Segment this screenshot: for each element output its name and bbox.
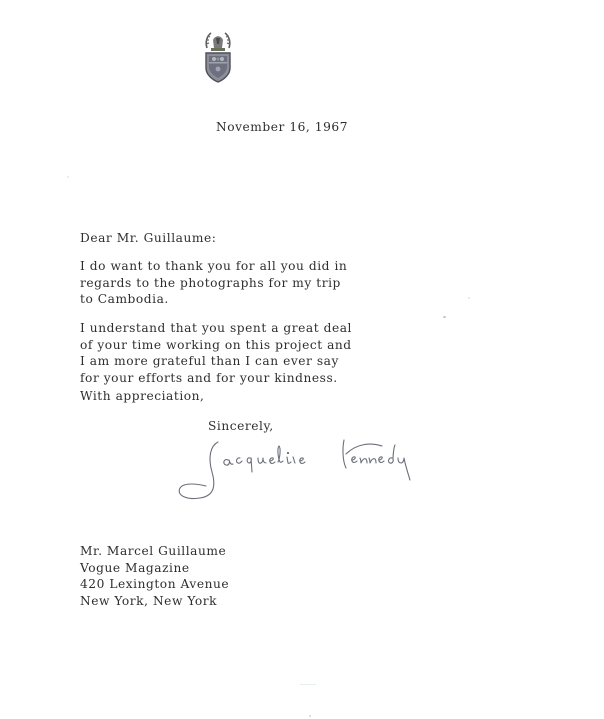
body-line: of your time working on this project and [80, 337, 352, 354]
signature [170, 436, 445, 508]
address-line: New York, New York [80, 593, 229, 610]
scan-speck [309, 715, 311, 717]
closing-sign-off: Sincerely, [208, 418, 274, 435]
closing-appreciation: With appreciation, [80, 388, 205, 405]
letter-page: November 16, 1967 Dear Mr. Guillaume: I … [0, 0, 604, 719]
body-paragraph-2: I understand that you spent a great deal… [80, 320, 352, 386]
address-line: 420 Lexington Avenue [80, 576, 229, 593]
body-line: regards to the photographs for my trip [80, 275, 347, 292]
body-line: for your efforts and for your kindness. [80, 370, 352, 387]
salutation: Dear Mr. Guillaume: [80, 230, 216, 247]
scan-speck [468, 297, 470, 299]
body-line: I do want to thank you for all you did i… [80, 258, 347, 275]
crest-icon [203, 30, 233, 84]
body-line: I am more grateful than I can ever say [80, 353, 352, 370]
scan-speck [67, 176, 69, 178]
address-line: Vogue Magazine [80, 560, 229, 577]
body-line: to Cambodia. [80, 291, 347, 308]
scan-speck [443, 316, 446, 318]
body-paragraph-1: I do want to thank you for all you did i… [80, 258, 347, 308]
scan-speck [300, 684, 316, 685]
letter-date: November 16, 1967 [216, 119, 348, 136]
body-line: I understand that you spent a great deal [80, 320, 352, 337]
recipient-address: Mr. Marcel Guillaume Vogue Magazine 420 … [80, 543, 229, 609]
address-line: Mr. Marcel Guillaume [80, 543, 229, 560]
